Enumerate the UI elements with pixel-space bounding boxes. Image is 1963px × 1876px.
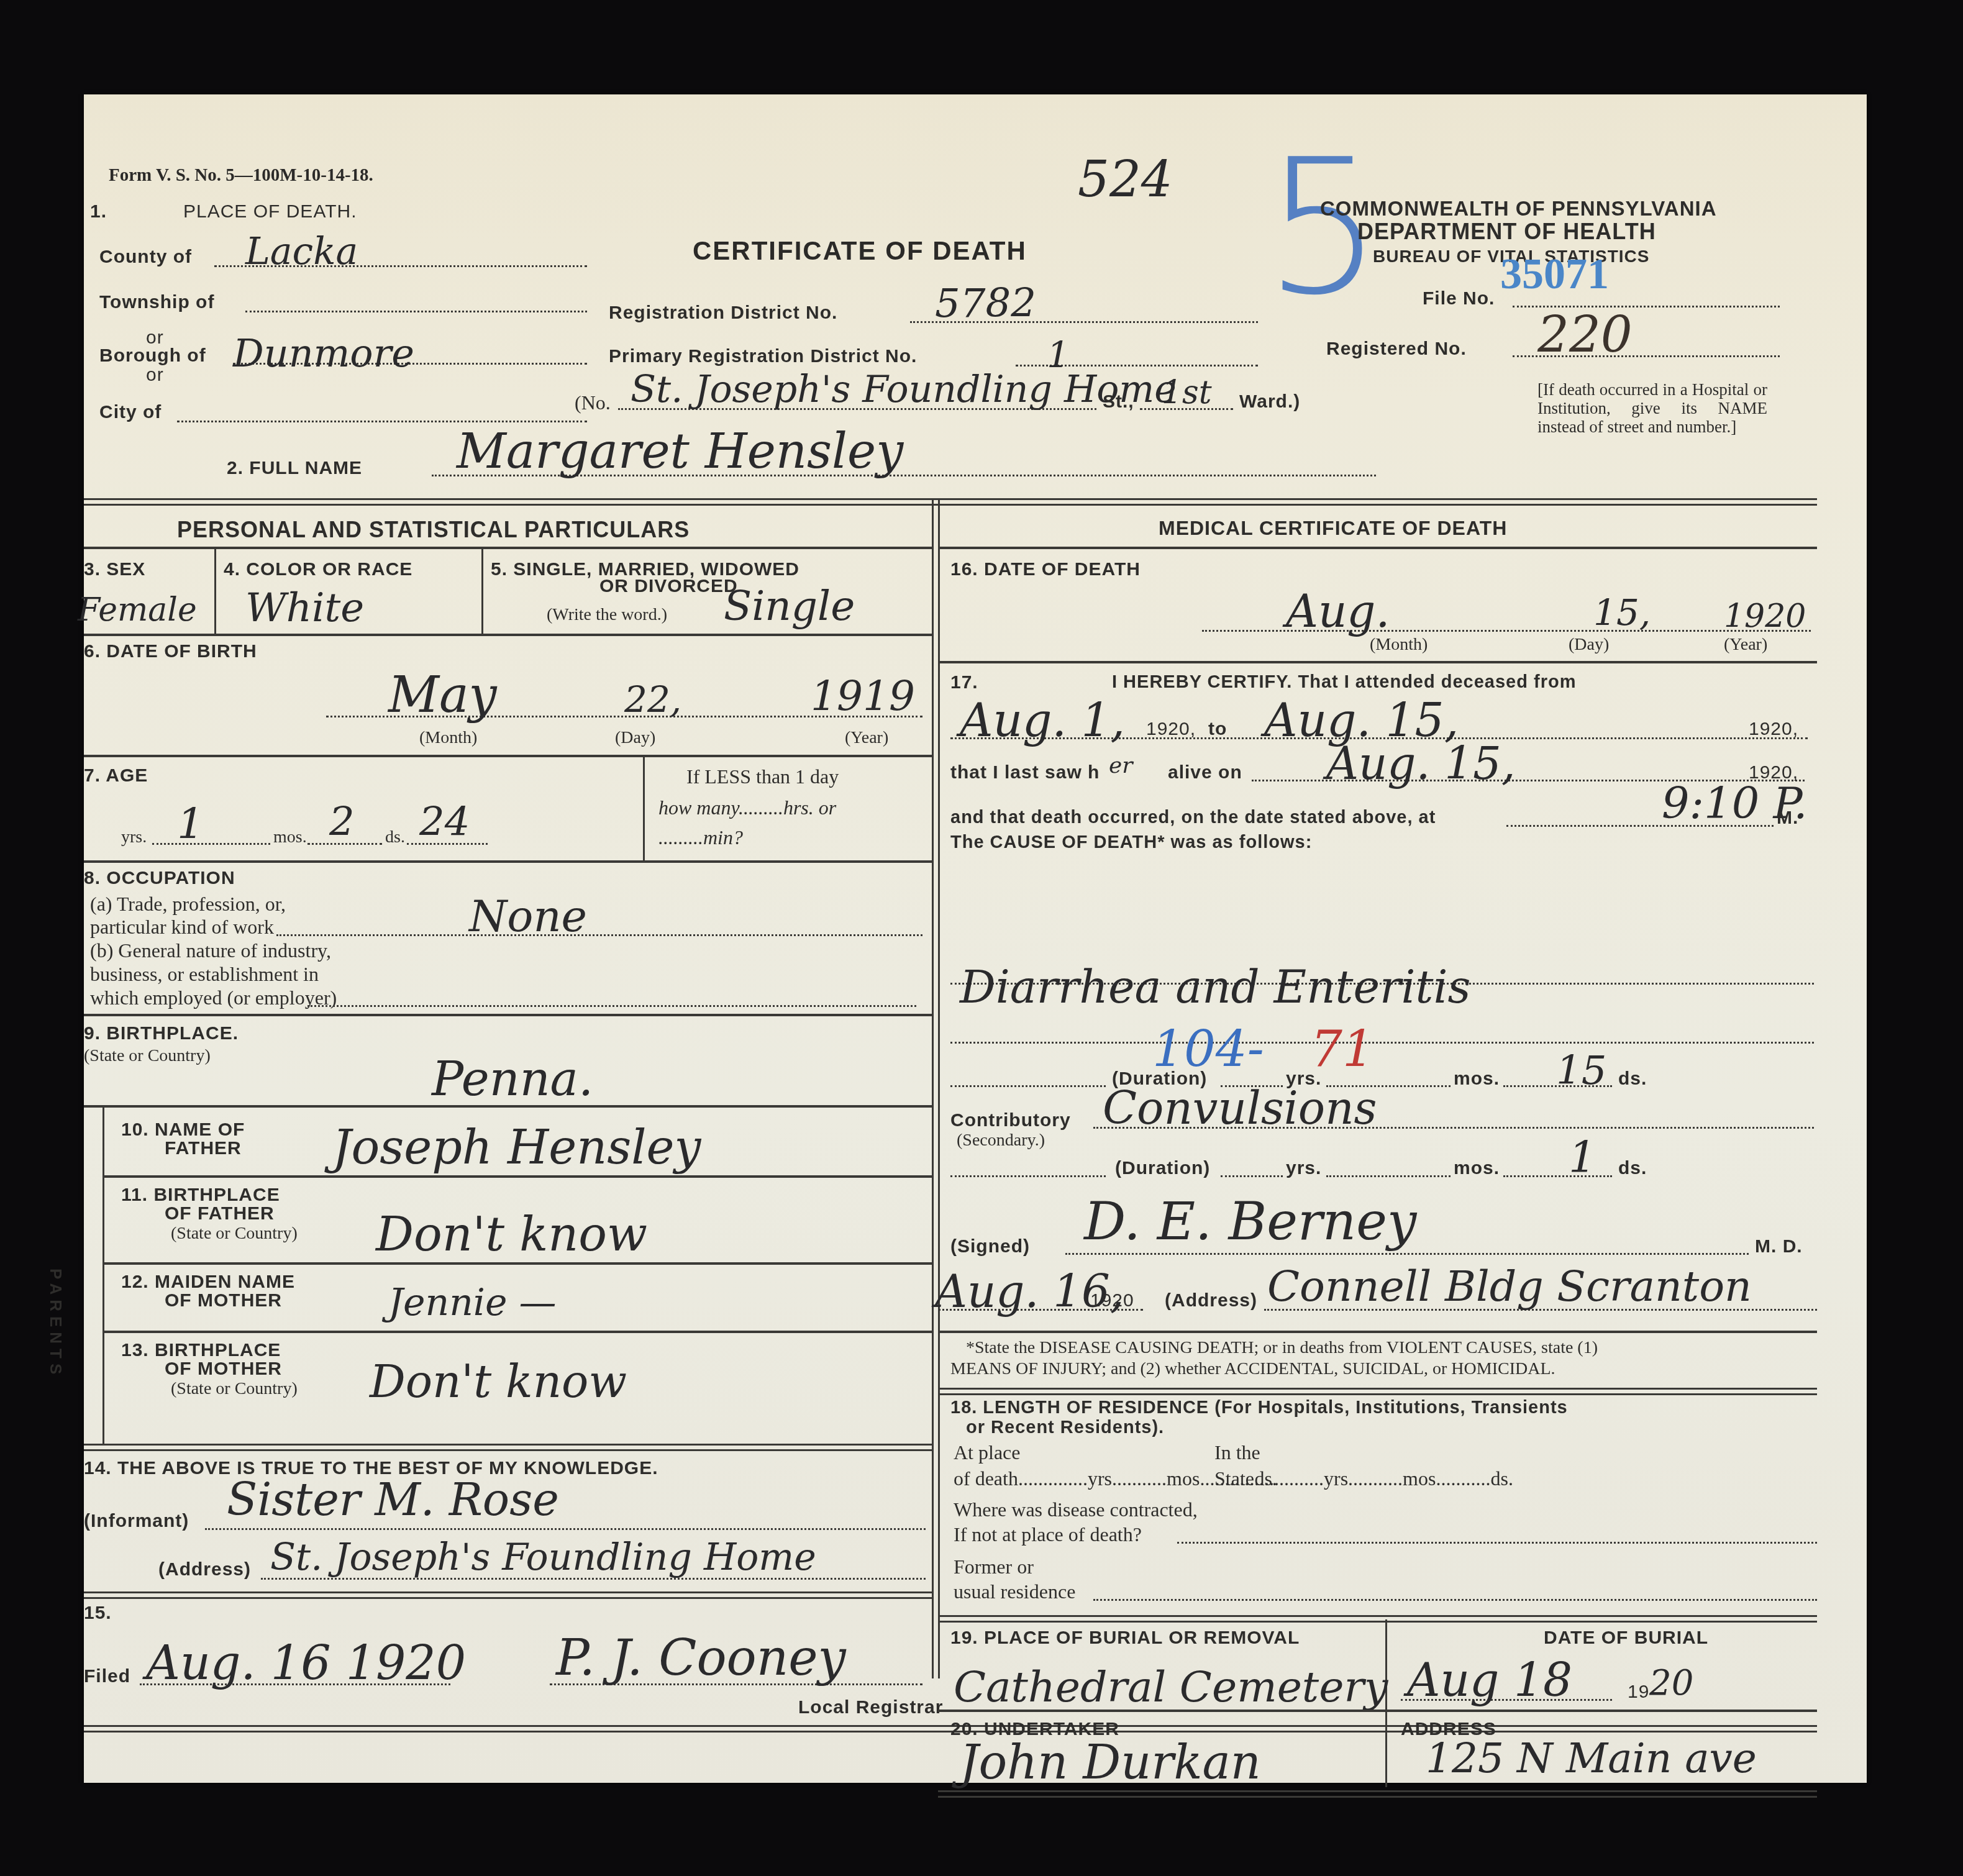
age-days-value: 24 (419, 799, 470, 845)
certificate-title: CERTIFICATE OF DEATH (693, 236, 1027, 266)
mother-birthplace-hint: (State or Country) (171, 1379, 298, 1399)
full-name-label: 2. FULL NAME (227, 458, 362, 479)
mother-name-label-2: OF MOTHER (165, 1290, 282, 1311)
undertaker-address-value: 125 N Main ave (1426, 1734, 1757, 1782)
death-time-m: M. (1777, 808, 1798, 829)
date-of-death-label: 16. DATE OF DEATH (950, 559, 1141, 580)
alive-on-label: alive on (1168, 762, 1242, 783)
footnote-line-2: MEANS OF INJURY; and (2) whether ACCIDEN… (950, 1359, 1555, 1379)
age-mos-label: mos. (273, 827, 307, 847)
occupation-label: 8. OCCUPATION (84, 868, 235, 889)
cause-duration-ds: ds. (1618, 1068, 1647, 1090)
informant-label: (Informant) (84, 1511, 189, 1532)
informant-address-label: (Address) (158, 1559, 251, 1580)
contributory-label: Contributory (950, 1110, 1071, 1131)
attended-from-date: Aug. 1, (960, 694, 1125, 747)
residence-heading-1: 18. LENGTH OF RESIDENCE (For Hospitals, … (950, 1398, 1568, 1418)
file-no-label: File No. (1423, 288, 1495, 309)
contributory-value: Convulsions (1103, 1082, 1377, 1134)
father-birthplace-value: Don't know (376, 1206, 647, 1262)
age-yrs-label: yrs. (121, 827, 147, 847)
age-months-value: 2 (329, 799, 355, 845)
cause-duration-days: 15 (1556, 1048, 1606, 1094)
date-of-death-year: 1920 (1724, 598, 1806, 635)
mother-name-label-1: 12. MAIDEN NAME (121, 1272, 295, 1293)
informant-value: Sister M. Rose (227, 1473, 559, 1526)
contributory-duration-ds: ds. (1618, 1158, 1647, 1179)
registrar-signature: P. J. Cooney (556, 1629, 846, 1687)
race-value: White (245, 585, 364, 631)
mother-name-value: Jennie — (388, 1281, 557, 1324)
less-than-day-line-1: If LESS than 1 day (686, 765, 839, 788)
cause-label: The CAUSE OF DEATH* was as follows: (950, 832, 1312, 853)
date-of-death-month: Aug. (1286, 585, 1390, 637)
father-name-value: Joseph Hensley (332, 1119, 701, 1175)
street-prefix: (No. (575, 391, 611, 414)
dod-year-caption: (Year) (1724, 635, 1767, 655)
signed-label: (Signed) (950, 1236, 1030, 1257)
certify-text: I HEREBY CERTIFY. That I attended deceas… (1112, 672, 1576, 693)
full-name-value: Margaret Hensley (457, 424, 903, 480)
in-state-line-2: State..............yrs...........mos....… (1214, 1467, 1513, 1490)
date-of-death-day: 15, (1593, 591, 1651, 634)
at-place-line-1: At place (954, 1441, 1021, 1464)
secondary-label: (Secondary.) (957, 1131, 1045, 1150)
last-saw-date: Aug. 15, (1326, 737, 1516, 790)
undertaker-value: John Durkan (960, 1734, 1261, 1790)
street-suffix: St., (1103, 391, 1134, 412)
sex-label: 3. SEX (84, 559, 145, 580)
burial-date-value: Aug 18 (1407, 1654, 1572, 1707)
hospital-note: [If death occurred in a Hospital or Inst… (1537, 380, 1767, 436)
dod-month-caption: (Month) (1370, 635, 1428, 655)
burial-year-value: 20 (1649, 1663, 1693, 1703)
dob-year: 1919 (811, 672, 915, 720)
registration-district-value: 5782 (935, 281, 1036, 327)
former-residence-line-1: Former or (954, 1555, 1034, 1578)
mother-birthplace-label-2: OF MOTHER (165, 1359, 282, 1380)
father-birthplace-label-2: OF FATHER (165, 1203, 275, 1224)
item-17-number: 17. (950, 672, 978, 693)
occupation-value: None (469, 891, 587, 942)
in-state-line-1: In the (1214, 1441, 1260, 1464)
filed-date-value: Aug. 16 1920 (146, 1635, 466, 1690)
sex-value: Female (78, 591, 197, 629)
burial-year-prefix: 19 (1628, 1682, 1649, 1703)
md-label: M. D. (1755, 1236, 1803, 1257)
occupation-b-line-3: which employed (or employer) (90, 986, 337, 1009)
dob-month: May (388, 666, 497, 724)
occupation-a-line-2: particular kind of work (90, 916, 274, 939)
contributory-duration-label: (Duration) (1115, 1158, 1210, 1179)
issuer-commonwealth: COMMONWEALTH OF PENNSYLVANIA (1320, 197, 1716, 221)
county-label: County of (99, 247, 192, 268)
dob-label: 6. DATE OF BIRTH (84, 641, 257, 662)
last-saw-prefix: that I last saw h (950, 762, 1100, 783)
township-label: Township of (99, 292, 214, 313)
father-name-label-1: 10. NAME OF (121, 1119, 245, 1141)
former-residence-line-2: usual residence (954, 1580, 1075, 1603)
father-name-label-2: FATHER (165, 1138, 242, 1159)
marital-value: Single (724, 582, 855, 630)
registrar-label: Local Registrar (798, 1697, 943, 1718)
registered-no-value: 220 (1537, 306, 1633, 363)
death-certificate-page: Form V. S. No. 5—100M-10-14-18. 1. PLACE… (84, 94, 1867, 1783)
burial-place-value: Cathedral Cemetery (954, 1663, 1388, 1712)
cause-of-death-value: Diarrhea and Enteritis (960, 961, 1470, 1013)
residence-heading-2: or Recent Residents). (966, 1418, 1164, 1438)
age-label: 7. AGE (84, 765, 148, 786)
dob-day: 22, (624, 678, 681, 721)
city-label: City of (99, 402, 162, 423)
mother-birthplace-label-1: 13. BIRTHPLACE (121, 1340, 281, 1361)
dob-month-caption: (Month) (419, 728, 477, 748)
mother-birthplace-value: Don't know (370, 1355, 627, 1408)
street-value: St. Joseph's Foundling Home (631, 368, 1177, 411)
burial-place-label: 19. PLACE OF BURIAL OR REMOVAL (950, 1628, 1300, 1649)
birthplace-label: 9. BIRTHPLACE. (84, 1023, 239, 1044)
occupation-b-line-1: (b) General nature of industry, (90, 939, 331, 962)
marital-label-2: OR DIVORCED (599, 576, 738, 597)
issuer-department: DEPARTMENT OF HEALTH (1357, 219, 1656, 245)
contracted-line-2: If not at place of death? (954, 1523, 1142, 1546)
age-ds-label: ds. (385, 827, 405, 847)
medical-certificate-heading: MEDICAL CERTIFICATE OF DEATH (1159, 517, 1507, 540)
place-of-death-heading: PLACE OF DEATH. (183, 201, 357, 222)
borough-label: Borough of (99, 345, 206, 367)
physician-signature: D. E. Berney (1084, 1191, 1416, 1252)
section-1-number: 1. (90, 201, 107, 222)
footnote-line-1: *State the DISEASE CAUSING DEATH; or in … (966, 1338, 1598, 1358)
file-number-stamp: 35071 (1500, 250, 1609, 299)
birthplace-hint: (State or Country) (84, 1046, 211, 1066)
contributory-duration-days: 1 (1569, 1132, 1596, 1183)
or-label-2: or (146, 365, 164, 386)
medical-address-value: Connell Bldg Scranton (1267, 1262, 1752, 1311)
filed-label: Filed (84, 1666, 130, 1687)
dob-day-caption: (Day) (615, 728, 655, 748)
attended-from-year: 1920, (1146, 719, 1196, 740)
county-value: Lacka (245, 230, 358, 273)
primary-district-label: Primary Registration District No. (609, 346, 917, 367)
contributory-duration-mos: mos. (1454, 1158, 1500, 1179)
medical-address-label: (Address) (1165, 1290, 1257, 1311)
contracted-line-1: Where was disease contracted, (954, 1498, 1198, 1521)
signed-year: 1920 (1090, 1290, 1134, 1311)
registration-district-label: Registration District No. (609, 303, 837, 324)
annotation-524: 524 (1078, 150, 1173, 208)
contributory-duration-yrs: yrs. (1286, 1158, 1321, 1179)
age-years-value: 1 (177, 799, 204, 849)
form-number: Form V. S. No. 5—100M-10-14-18. (109, 165, 373, 186)
ward-label: Ward.) (1239, 391, 1300, 412)
father-birthplace-label-1: 11. BIRTHPLACE (121, 1185, 280, 1206)
birthplace-value: Penna. (432, 1051, 593, 1106)
burial-date-label: DATE OF BURIAL (1544, 1628, 1708, 1649)
occupation-b-line-2: business, or establishment in (90, 963, 319, 986)
borough-value: Dunmore (233, 330, 414, 376)
marital-hint: (Write the word.) (547, 605, 667, 625)
dob-year-caption: (Year) (845, 728, 888, 748)
race-label: 4. COLOR OR RACE (224, 559, 412, 580)
filed-number: 15. (84, 1603, 112, 1624)
attended-to-year: 1920, (1749, 719, 1798, 740)
occupation-a-line-1: (a) Trade, profession, or, (90, 893, 286, 916)
dod-day-caption: (Day) (1569, 635, 1609, 655)
personal-particulars-heading: PERSONAL AND STATISTICAL PARTICULARS (177, 517, 690, 543)
parents-side-label: PARENTS (46, 1268, 65, 1379)
attended-to-label: to (1208, 719, 1227, 740)
ward-value: 1st (1162, 374, 1212, 411)
death-time-text: and that death occurred, on the date sta… (950, 808, 1436, 828)
less-than-day-line-2: how many.........hrs. or (658, 796, 836, 819)
last-saw-pronoun: er (1109, 753, 1133, 778)
informant-address-value: St. Joseph's Foundling Home (270, 1536, 816, 1579)
registered-no-label: Registered No. (1326, 339, 1467, 360)
less-than-day-line-3: .........min? (658, 826, 743, 849)
cause-duration-mos: mos. (1454, 1068, 1500, 1090)
father-birthplace-hint: (State or Country) (171, 1224, 298, 1244)
